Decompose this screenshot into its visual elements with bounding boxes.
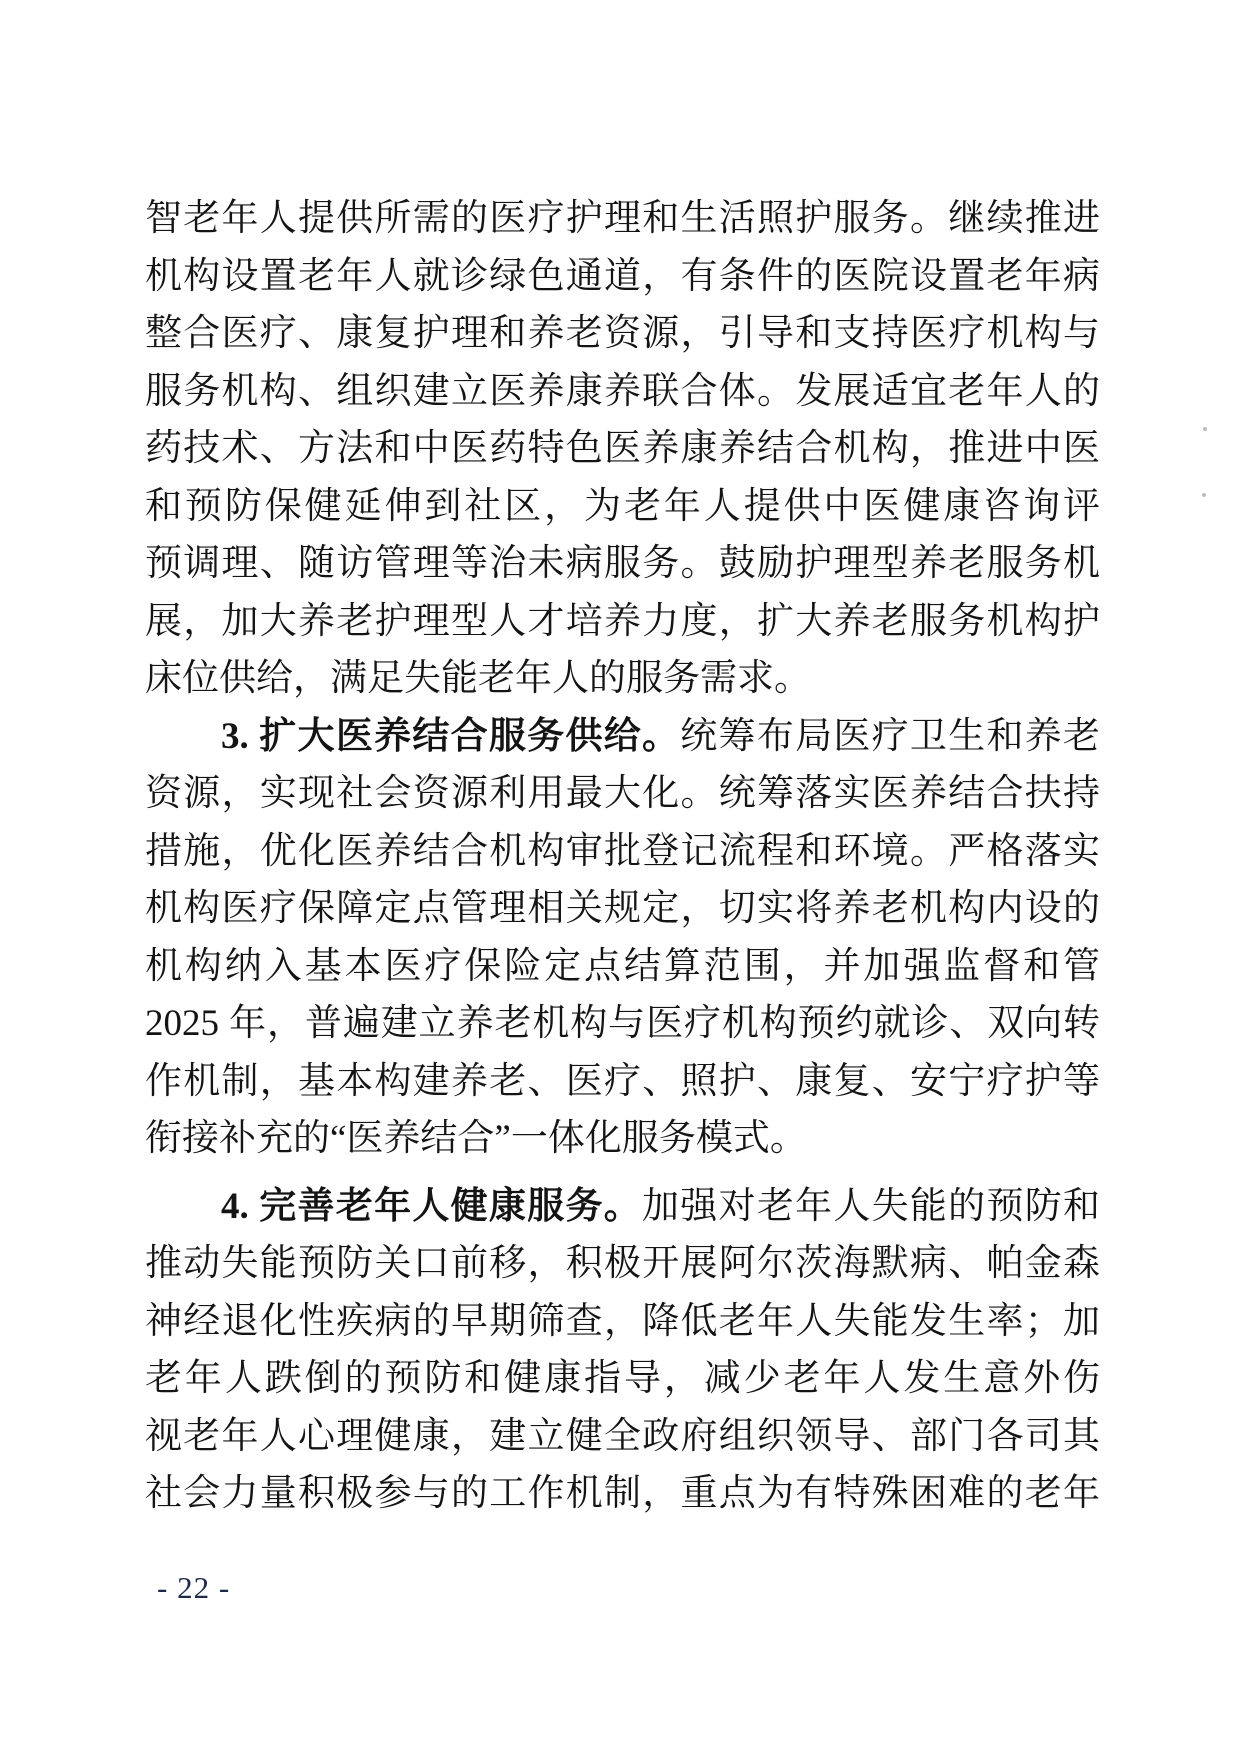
text-line: 2025 年，普遍建立养老机构与医疗机构预约就诊、双向转诊等合	[145, 995, 1100, 1053]
paragraph-text: 2025 年，普遍建立养老机构与医疗机构预约就诊、双向转诊等合	[145, 1003, 1100, 1053]
text-line: 机构医疗保障定点管理相关规定，切实将养老机构内设的医疗	[145, 880, 1100, 938]
paragraph-text: 作机制，基本构建养老、医疗、照护、康复、安宁疗护等服务相互	[145, 1061, 1100, 1111]
text-line: 和预防保健延伸到社区，为老年人提供中医健康咨询评估、干	[145, 478, 1100, 536]
text-line: 药技术、方法和中医药特色医养康养结合机构，推进中医医疗	[145, 420, 1100, 478]
text-line: 床位供给，满足失能老年人的服务需求。	[145, 650, 1100, 708]
text-line: 整合医疗、康复护理和养老资源，引导和支持医疗机构与养老	[145, 305, 1100, 363]
paragraph-text: 衔接补充的“医养结合”一体化服务模式。	[145, 1118, 807, 1159]
paragraph-text: 机构设置老年人就诊绿色通道，有条件的医院设置老年病科。	[145, 256, 1100, 306]
paragraph-text: 服务机构、组织建立医养康养联合体。发展适宜老年人的中医	[145, 371, 1100, 421]
text-line: 社会力量积极参与的工作机制，重点为有特殊困难的老年人提	[145, 1465, 1100, 1523]
text-line: 机构纳入基本医疗保险定点结算范围，并加强监督和管理。到	[145, 938, 1100, 996]
paragraph-text: 整合医疗、康复护理和养老资源，引导和支持医疗机构与养老	[145, 313, 1100, 363]
text-line: 展，加大养老护理型人才培养力度，扩大养老服务机构护理型	[145, 593, 1100, 651]
paragraph-text: 措施，优化医养结合机构审批登记流程和环境。严格落实医疗	[145, 831, 1100, 881]
text-line: 作机制，基本构建养老、医疗、照护、康复、安宁疗护等服务相互	[145, 1053, 1100, 1111]
text-line: 3. 扩大医养结合服务供给。统筹布局医疗卫生和养老服务	[145, 708, 1100, 766]
paragraph-text: 机构医疗保障定点管理相关规定，切实将养老机构内设的医疗	[145, 888, 1100, 938]
paragraph-text: 老年人跌倒的预防和健康指导，减少老年人发生意外伤害；重	[145, 1358, 1100, 1408]
text-line: 预调理、随访管理等治未病服务。鼓励护理型养老服务机构发	[145, 535, 1100, 593]
paragraph-heading: 3. 扩大医养结合服务供给。	[221, 716, 680, 757]
paragraph-text: 药技术、方法和中医药特色医养康养结合机构，推进中医医疗	[145, 428, 1100, 478]
paragraph-text: 推动失能预防关口前移，积极开展阿尔茨海默病、帕金森病等	[145, 1243, 1100, 1293]
paragraph-text: 资源，实现社会资源利用最大化。统筹落实医养结合扶持政策	[145, 773, 1100, 823]
text-line: 老年人跌倒的预防和健康指导，减少老年人发生意外伤害；重	[145, 1350, 1100, 1408]
scan-artifact-dot	[1202, 493, 1206, 497]
document-page: 智老年人提供所需的医疗护理和生活照护服务。继续推进医疗机构设置老年人就诊绿色通道…	[0, 0, 1240, 1753]
paragraph-text: 社会力量积极参与的工作机制，重点为有特殊困难的老年人提	[145, 1473, 1100, 1523]
paragraph-text: 智老年人提供所需的医疗护理和生活照护服务。继续推进医疗	[145, 198, 1100, 248]
text-line: 衔接补充的“医养结合”一体化服务模式。	[145, 1110, 1100, 1168]
text-line: 资源，实现社会资源利用最大化。统筹落实医养结合扶持政策	[145, 765, 1100, 823]
text-line: 智老年人提供所需的医疗护理和生活照护服务。继续推进医疗	[145, 190, 1100, 248]
body-text: 智老年人提供所需的医疗护理和生活照护服务。继续推进医疗机构设置老年人就诊绿色通道…	[145, 190, 1100, 1523]
text-line: 措施，优化医养结合机构审批登记流程和环境。严格落实医疗	[145, 823, 1100, 881]
paragraph-text: 预调理、随访管理等治未病服务。鼓励护理型养老服务机构发	[145, 543, 1100, 593]
text-line: 服务机构、组织建立医养康养联合体。发展适宜老年人的中医	[145, 363, 1100, 421]
text-line: 神经退化性疾病的早期筛查，降低老年人失能发生率；加强对	[145, 1293, 1100, 1351]
text-line: 视老年人心理健康，建立健全政府组织领导、部门各司其职、	[145, 1408, 1100, 1466]
paragraph-text: 视老年人心理健康，建立健全政府组织领导、部门各司其职、	[145, 1416, 1100, 1466]
text-line: 机构设置老年人就诊绿色通道，有条件的医院设置老年病科。	[145, 248, 1100, 306]
scan-artifact-dot	[1203, 427, 1207, 431]
paragraph-text: 机构纳入基本医疗保险定点结算范围，并加强监督和管理。到	[145, 946, 1100, 996]
text-line: 4. 完善老年人健康服务。加强对老年人失能的预防和干预，	[145, 1178, 1100, 1236]
paragraph-text: 床位供给，满足失能老年人的服务需求。	[145, 658, 811, 699]
page-number: - 22 -	[157, 1568, 230, 1608]
paragraph-heading: 4. 完善老年人健康服务。	[221, 1186, 642, 1227]
paragraph-text: 和预防保健延伸到社区，为老年人提供中医健康咨询评估、干	[145, 486, 1100, 536]
text-line: 推动失能预防关口前移，积极开展阿尔茨海默病、帕金森病等	[145, 1235, 1100, 1293]
paragraph-text: 神经退化性疾病的早期筛查，降低老年人失能发生率；加强对	[145, 1301, 1100, 1351]
paragraph-text: 展，加大养老护理型人才培养力度，扩大养老服务机构护理型	[145, 601, 1100, 651]
